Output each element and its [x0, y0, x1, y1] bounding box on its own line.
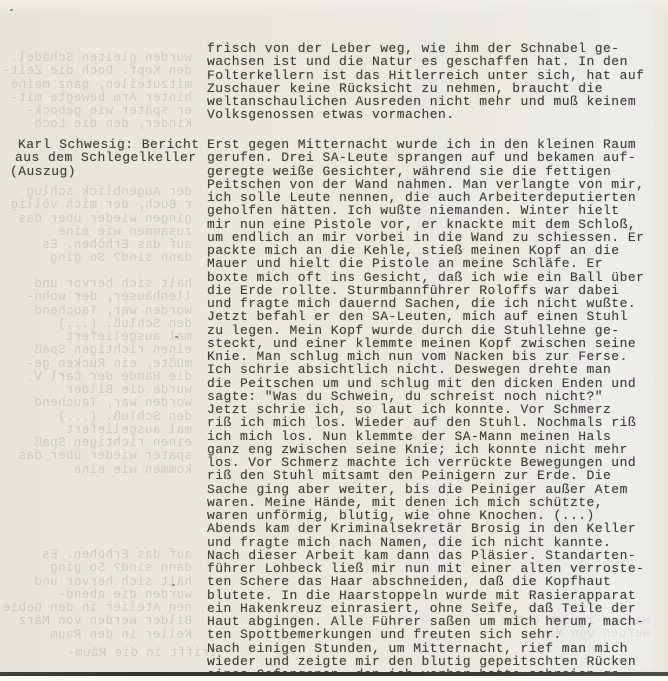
page-top-sheen: [0, 0, 668, 14]
scanned-document-page: wurden gleiten Schädel.den Kopf. Doch di…: [0, 0, 668, 681]
text-line: und fragte mich nach Namen, die ich nich…: [207, 536, 644, 549]
text-line: Zuschauer keine Rücksicht zu nehmen, bra…: [207, 82, 644, 95]
text-line: ein Hakenkreuz einrasiert, ohne Seife, d…: [207, 602, 644, 615]
text-line: steckt, und einer klemmte meinen Kopf zw…: [207, 337, 644, 350]
bleedthrough-line: Bilder werden von März: [0, 615, 192, 628]
text-line: geholfen hätten. Ich wußte niemanden. Wi…: [207, 204, 644, 217]
text-line: weltanschaulichen Ausreden nicht mehr un…: [207, 95, 644, 108]
text-line: Nach einigen Stunden, um Mitternacht, ri…: [207, 642, 644, 655]
text-line: riß ich mich los. Wieder auf den Stuhl. …: [207, 416, 644, 429]
text-line: Ich schrie absichtlich nicht. Deswegen d…: [207, 363, 644, 376]
bleedthrough-line: dann sind? So ging: [0, 252, 192, 265]
bleedthrough-line: Keller in den Raum: [0, 629, 192, 642]
bleedthrough-line: trifft in die Räum-: [25, 647, 217, 660]
bleedthrough-line: mal ausgeliefert: [0, 424, 192, 437]
text-line: führer Lohbeck ließ mir nun mit einer al…: [207, 562, 644, 575]
bleedthrough-text-block: auf das Erhöhen. Esdann sind? So ginghäl…: [0, 549, 192, 642]
text-line: ten Spottbemerkungen und freuten sich se…: [207, 628, 644, 641]
bleedthrough-line: r Buch, der mich völlig: [0, 199, 192, 212]
text-line: ganz eng zwischen seine Knie; ich konnte…: [207, 443, 644, 456]
bleedthrough-line: dann sind? So ging: [0, 562, 192, 575]
text-line: Sache ging aber weiter, bis die Peiniger…: [207, 483, 644, 496]
text-line: Folterkellern ist das Hitlerreich unter …: [207, 69, 644, 82]
bleedthrough-line: auf das Erhöhen. Es: [0, 549, 192, 562]
text-line: Jetzt schrie ich, so laut ich konnte. Vo…: [207, 403, 644, 416]
text-line: gerufen. Drei SA-Leute sprangen auf und …: [207, 151, 644, 164]
text-line: (Auszug): [10, 165, 200, 178]
text-line: Abends kam der Kriminalsekretär Brosig i…: [207, 522, 644, 535]
text-line: die Erde rollte. Sturmbannführer Roloffs…: [207, 284, 644, 297]
margin-note-author: Karl Schwesig: Berichtaus dem Schlegelke…: [10, 138, 200, 178]
bleedthrough-line: gingen wieder über das: [0, 213, 192, 226]
text-line: waren unförmig, blutig, wie ohne Knochen…: [207, 509, 644, 522]
bleedthrough-line: die Hände der Carl V.: [0, 371, 192, 384]
bleedthrough-line: Kinder, den die Loch: [0, 118, 192, 131]
bleedthrough-line: der Augenblick schlug: [0, 186, 192, 199]
bleedthrough-line: hält sich hervor und: [0, 278, 192, 291]
ink-speck: [10, 9, 13, 11]
bleedthrough-line: auf das Erhöhen. Es: [0, 239, 192, 252]
text-line: frisch von der Leber weg, wie ihm der Sc…: [207, 42, 644, 55]
text-line: wieder und zeigte mir den blutig gepeits…: [207, 655, 644, 668]
bleedthrough-line: nen Atelier in den Gebie-: [0, 602, 192, 615]
text-line: Erst gegen Mitternacht wurde ich in den …: [207, 138, 644, 151]
bleedthrough-line: wurde die Bilder: [0, 384, 192, 397]
text-line: Karl Schwesig: Bericht: [10, 138, 200, 151]
ink-speck: [172, 584, 175, 586]
text-line: boxte mich oft ins Gesicht, daß ich wie …: [207, 271, 644, 284]
body-paragraph-2: Erst gegen Mitternacht wurde ich in den …: [207, 138, 644, 681]
scan-background-strip: [0, 676, 668, 681]
text-line: waren. Meine Hände, mit denen ich mich s…: [207, 496, 644, 509]
bleedthrough-line: hinter Arm bewegte mit-: [0, 92, 192, 105]
text-line: Peitschen von der Wand nahmen. Man verla…: [207, 178, 644, 191]
text-line: riß den Stuhl mitsamt den Peinigern zur …: [207, 469, 644, 482]
bleedthrough-line: zusammen wie eine: [0, 226, 192, 239]
bleedthrough-line: llenhäuser, der wohn-: [0, 291, 192, 304]
bleedthrough-text-block: hält sich hervor undllenhäuser, der wohn…: [0, 278, 192, 477]
text-line: ich mich los. Nun klemmte der SA-Mann me…: [207, 430, 644, 443]
text-line: zu legen. Mein Kopf wurde durch die Stuh…: [207, 324, 644, 337]
bleedthrough-line: mal ausgeliefert: [0, 331, 192, 344]
bleedthrough-line: kommen wie eine: [0, 464, 192, 477]
bleedthrough-line: mitzuteilen, ganz meine: [0, 79, 192, 92]
bleedthrough-line: er später wie gebock-: [0, 105, 192, 118]
ink-speck: [175, 336, 178, 338]
bleedthrough-line: den Schluß. (...): [0, 411, 192, 424]
bleedthrough-line: wurden die abend-: [0, 589, 192, 602]
bleedthrough-text-block: trifft in die Räum-: [25, 647, 217, 660]
bleedthrough-line: hält sich hervor und: [0, 576, 192, 589]
text-line: Volksgenossen etwas vormachen.: [207, 108, 644, 121]
bleedthrough-line: später wieder über das: [0, 450, 192, 463]
bleedthrough-line: wurden gleiten Schädel.: [0, 52, 192, 65]
bleedthrough-line: einen richtigen Spaß: [0, 437, 192, 450]
bleedthrough-text-block: der Augenblick schlugr Buch, der mich vö…: [0, 186, 192, 266]
bleedthrough-line: den Schluß. (...): [0, 318, 192, 331]
text-line: packte mich an die Kehle, stieß meinen K…: [207, 244, 644, 257]
text-line: ten Schere das Haar abschneiden, daß die…: [207, 575, 644, 588]
bleedthrough-line: einen richtigen Spaß: [0, 344, 192, 357]
text-line: Jetzt befahl er den SA-Leuten, mich auf …: [207, 310, 644, 323]
bleedthrough-line: worden war, Tauchend: [0, 305, 192, 318]
text-line: geregte weiße Gesichter, während sie die…: [207, 165, 644, 178]
text-line: ich solle Leute nennen, die auch Arbeite…: [207, 191, 644, 204]
text-line: die Peitschen um und schlug mit den dick…: [207, 377, 644, 390]
bleedthrough-line: worden war, Tauchend: [0, 397, 192, 410]
text-line: mir nun eine Pistole vor, er knackte mit…: [207, 218, 644, 231]
bleedthrough-text-block: wurden gleiten Schädel.den Kopf. Doch di…: [0, 52, 192, 132]
text-line: aus dem Schlegelkeller: [10, 151, 200, 164]
text-line: Haut abgingen. Alle Führer saßen um mich…: [207, 615, 644, 628]
text-line: blutete. In die Haarstoppeln wurde mit R…: [207, 589, 644, 602]
text-line: wachsen ist und die Natur es geschaffen …: [207, 55, 644, 68]
text-line: Mauer und hielt die Pistole an meine Sch…: [207, 257, 644, 270]
text-line: Knie. Man schlug mich nun vom Nacken bis…: [207, 350, 644, 363]
body-paragraph-1: frisch von der Leber weg, wie ihm der Sc…: [207, 42, 644, 122]
text-line: los. Vor Schmerz machte ich verrückte Be…: [207, 456, 644, 469]
text-line: um endlich an mir vorbei in die Wand zu …: [207, 231, 644, 244]
bleedthrough-line: müßte, ein Rücken ge-: [0, 358, 192, 371]
text-line: Nach dieser Arbeit kam dann das Pläsier.…: [207, 549, 644, 562]
text-line: und fragte mich dauernd Sachen, die ich …: [207, 297, 644, 310]
text-line: sagte: "Was du Schwein, du schreist noch…: [207, 390, 644, 403]
bleedthrough-line: den Kopf. Doch die Zeit-: [0, 65, 192, 78]
